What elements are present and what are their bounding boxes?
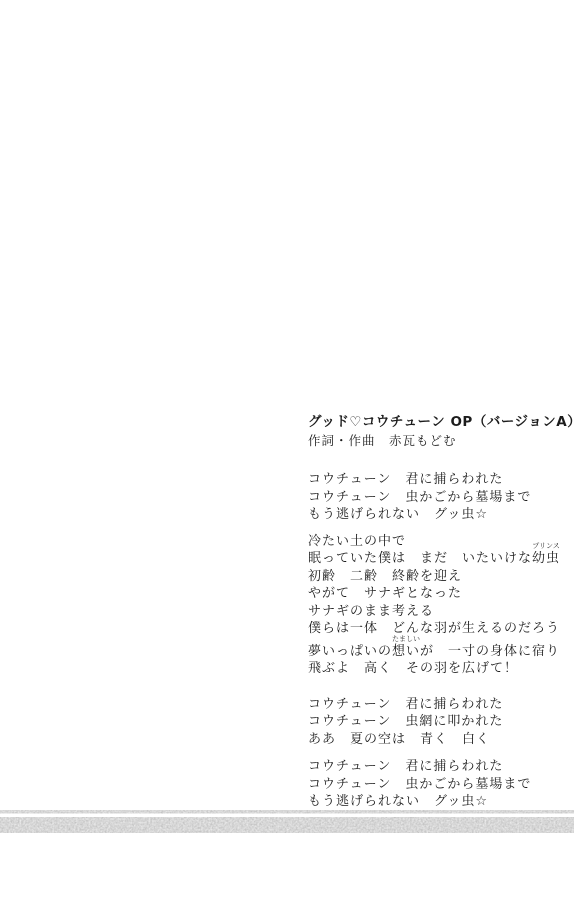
stanza-bridge: 夢いっぱいのたましい想いが 一寸の身体に宿り 飛ぶよ 高く その羽を広げて！ <box>308 643 568 678</box>
stanza-chorus-1: コウチューン 君に捕らわれた コウチューン 虫かごから墓場まで もう逃げられない… <box>308 471 568 524</box>
lyric-line: サナギのまま考える <box>308 603 568 621</box>
speckle-thin-line <box>0 810 574 814</box>
ruby-group: たましい想い <box>392 643 420 661</box>
song-credit: 作詞・作曲 赤瓦もどむ <box>308 432 568 450</box>
furigana-text: たましい <box>392 636 420 643</box>
lyric-text: が 一寸の身体に宿り <box>420 644 560 659</box>
stanza-chorus-3: コウチューン 君に捕らわれた コウチューン 虫かごから墓場まで もう逃げられない… <box>308 758 568 811</box>
lyric-line: コウチューン 君に捕らわれた <box>308 696 568 714</box>
lyric-line: 冷たい土の中で <box>308 533 568 551</box>
ruby-base-text: 幼虫 <box>532 551 560 566</box>
book-page: グッド♡コウチューン OP（バージョンA） 作詞・作曲 赤瓦もどむ コウチューン… <box>0 0 574 902</box>
lyric-line: コウチューン 虫かごから墓場まで <box>308 489 568 507</box>
lyric-text: 眠っていた僕は まだ いたいけな <box>308 551 532 566</box>
decorative-speckle-band <box>0 808 574 836</box>
lyric-line: ああ 夏の空は 青く 白く <box>308 731 568 749</box>
stanza-verse-1: 冷たい土の中で 眠っていた僕は まだ いたいけなプリンス幼虫 初齢 二齢 終齢を… <box>308 533 568 638</box>
ruby-base-text: 想い <box>392 644 420 659</box>
lyric-line: 飛ぶよ 高く その羽を広げて！ <box>308 660 568 678</box>
lyric-line: コウチューン 君に捕らわれた <box>308 758 568 776</box>
lyric-line: もう逃げられない グッ虫☆ <box>308 506 568 524</box>
lyric-line: 僕らは一体 どんな羽が生えるのだろう <box>308 620 568 638</box>
lyric-line: コウチューン 君に捕らわれた <box>308 471 568 489</box>
furigana-text: プリンス <box>532 543 560 550</box>
stanza-chorus-2: コウチューン 君に捕らわれた コウチューン 虫網に叩かれた ああ 夏の空は 青く… <box>308 696 568 749</box>
song-lyrics-sheet: グッド♡コウチューン OP（バージョンA） 作詞・作曲 赤瓦もどむ コウチューン… <box>308 414 568 811</box>
lyric-line-with-furigana: 夢いっぱいのたましい想いが 一寸の身体に宿り <box>308 643 568 661</box>
ruby-group: プリンス幼虫 <box>532 550 560 568</box>
lyric-line-with-furigana: 眠っていた僕は まだ いたいけなプリンス幼虫 <box>308 550 568 568</box>
speckle-thick-band <box>0 817 574 833</box>
lyric-line: コウチューン 虫かごから墓場まで <box>308 776 568 794</box>
lyric-line: 初齢 二齢 終齢を迎え <box>308 568 568 586</box>
lyric-line: コウチューン 虫網に叩かれた <box>308 713 568 731</box>
song-title: グッド♡コウチューン OP（バージョンA） <box>308 414 568 432</box>
lyric-text: 夢いっぱいの <box>308 644 392 659</box>
lyric-line: やがて サナギとなった <box>308 585 568 603</box>
